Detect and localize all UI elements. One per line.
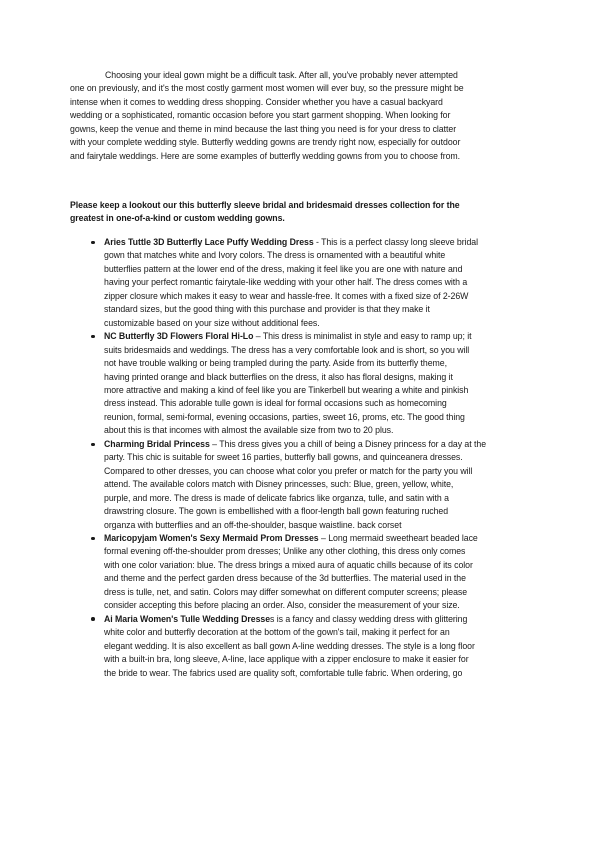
item-title: Aries Tuttle 3D Butterfly Lace Puffy Wed… xyxy=(104,237,314,247)
list-item: Charming Bridal Princess – This dress gi… xyxy=(70,438,530,532)
item-text: This dress is minimalist in style and ea… xyxy=(263,331,472,341)
item-line: white color and butterfly decoration at … xyxy=(104,626,530,639)
item-line: party. This chic is suitable for sweet 1… xyxy=(104,451,530,464)
item-title: Charming Bridal Princess xyxy=(104,439,210,449)
intro-line: and fairytale weddings. Here are some ex… xyxy=(70,150,530,163)
item-text: This dress gives you a chill of being a … xyxy=(219,439,486,449)
item-line: having your perfect romantic fairytale-l… xyxy=(104,276,530,289)
item-line: the bride to wear. The fabrics used are … xyxy=(104,667,530,680)
item-separator: – xyxy=(210,439,219,449)
item-line: suits bridesmaids and weddings. The dres… xyxy=(104,344,530,357)
item-line: reunion, formal, semi-formal, evening oc… xyxy=(104,411,530,424)
item-line: Compared to other dresses, you can choos… xyxy=(104,465,530,478)
item-line: butterflies pattern at the lower end of … xyxy=(104,263,530,276)
item-line: drawstring closure. The gown is embellis… xyxy=(104,505,530,518)
bullet-icon xyxy=(89,613,97,626)
item-line: having printed orange and black butterfl… xyxy=(104,371,530,384)
list-item: Maricopyjam Women's Sexy Mermaid Prom Dr… xyxy=(70,532,530,613)
bullet-icon xyxy=(89,438,97,451)
bullet-icon xyxy=(89,236,97,249)
intro-line: gowns, keep the venue and theme in mind … xyxy=(70,123,530,136)
intro-line: Choosing your ideal gown might be a diff… xyxy=(70,69,530,82)
item-line: purple, and more. The dress is made of d… xyxy=(104,492,530,505)
item-line: dress is tulle, net, and satin. Colors m… xyxy=(104,586,530,599)
intro-paragraph: Choosing your ideal gown might be a diff… xyxy=(70,69,530,163)
list-item: Ai Maria Women's Tulle Wedding Dresses i… xyxy=(70,613,530,680)
list-item-first-line: Ai Maria Women's Tulle Wedding Dresses i… xyxy=(104,613,530,626)
list-item: Aries Tuttle 3D Butterfly Lace Puffy Wed… xyxy=(70,236,530,330)
item-line: with one color variation: blue. The dres… xyxy=(104,559,530,572)
item-line: attend. The available colors match with … xyxy=(104,478,530,491)
item-line: zipper closure which makes it easy to we… xyxy=(104,290,530,303)
item-line: with a built-in bra, long sleeve, A-line… xyxy=(104,653,530,666)
item-line: not have trouble walking or being trampl… xyxy=(104,357,530,370)
item-text: s is a fancy and classy wedding dress wi… xyxy=(270,614,467,624)
intro-line: wedding or a sophisticated, romantic occ… xyxy=(70,109,530,122)
item-line: more attractive and making a kind of fee… xyxy=(104,384,530,397)
bullet-icon xyxy=(89,532,97,545)
item-line: organza with butterflies and an off-the-… xyxy=(104,519,530,532)
callout-paragraph: Please keep a lookout our this butterfly… xyxy=(70,199,530,226)
item-text: This is a perfect classy long sleeve bri… xyxy=(321,237,478,247)
item-separator: – xyxy=(253,331,262,341)
list-item-first-line: Aries Tuttle 3D Butterfly Lace Puffy Wed… xyxy=(104,236,530,249)
item-separator: - xyxy=(314,237,321,247)
list-item-first-line: Charming Bridal Princess – This dress gi… xyxy=(104,438,530,451)
callout-line: greatest in one-of-a-kind or custom wedd… xyxy=(70,212,530,225)
item-line: about this is that incomes with almost t… xyxy=(104,424,530,437)
bullet-icon xyxy=(89,330,97,343)
list-item-first-line: NC Butterfly 3D Flowers Floral Hi-Lo – T… xyxy=(104,330,530,343)
list-item-first-line: Maricopyjam Women's Sexy Mermaid Prom Dr… xyxy=(104,532,530,545)
item-line: dress instead. This adorable tulle gown … xyxy=(104,397,530,410)
callout-line: Please keep a lookout our this butterfly… xyxy=(70,199,530,212)
item-title: Maricopyjam Women's Sexy Mermaid Prom Dr… xyxy=(104,533,319,543)
item-line: standard sizes, but the good thing with … xyxy=(104,303,530,316)
intro-line: with your complete wedding style. Butter… xyxy=(70,136,530,149)
item-separator: – xyxy=(319,533,329,543)
item-text: Long mermaid sweetheart beaded lace xyxy=(328,533,478,543)
intro-line: one on previously, and it's the most cos… xyxy=(70,82,530,95)
dress-list: Aries Tuttle 3D Butterfly Lace Puffy Wed… xyxy=(70,236,530,680)
list-item: NC Butterfly 3D Flowers Floral Hi-Lo – T… xyxy=(70,330,530,438)
item-title: Ai Maria Women's Tulle Wedding Dresse xyxy=(104,614,270,624)
intro-line: intense when it comes to wedding dress s… xyxy=(70,96,530,109)
item-line: elegant wedding. It is also excellent as… xyxy=(104,640,530,653)
item-line: consider accepting this before placing a… xyxy=(104,599,530,612)
item-line: and theme and the perfect garden dress b… xyxy=(104,572,530,585)
item-line: gown that matches white and Ivory colors… xyxy=(104,249,530,262)
document-page: Choosing your ideal gown might be a diff… xyxy=(0,0,595,842)
item-line: customizable based on your size without … xyxy=(104,317,530,330)
item-title: NC Butterfly 3D Flowers Floral Hi-Lo xyxy=(104,331,253,341)
item-line: formal evening off-the-shoulder prom dre… xyxy=(104,545,530,558)
